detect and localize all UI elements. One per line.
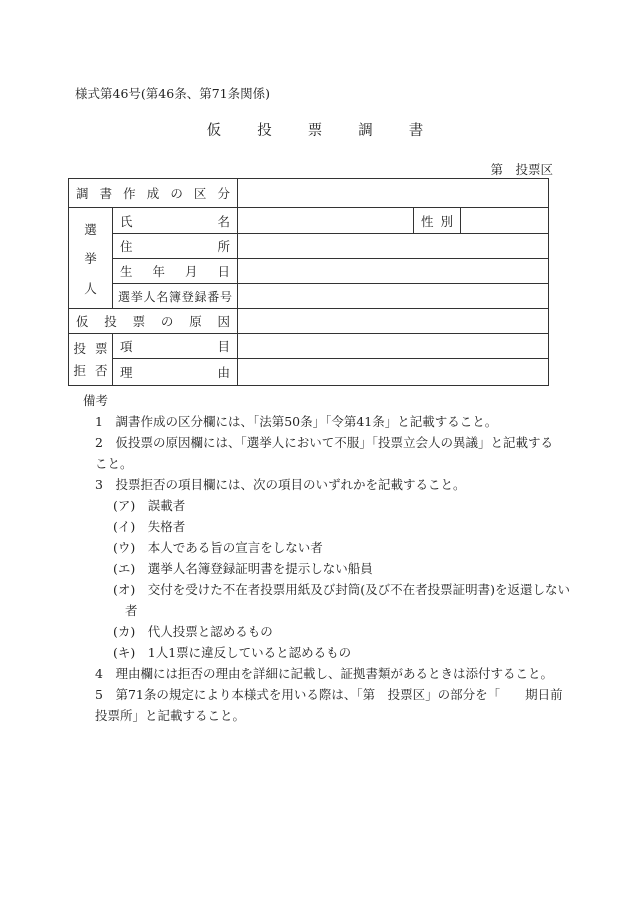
label-char: 理 [120, 363, 133, 381]
label-char: 票 [133, 312, 146, 330]
form-table: 調書作成の区分 選挙人 氏名 性別 住所 [68, 178, 549, 386]
note-line: (エ) 選挙人名簿登録証明書を提示しない船員 [113, 558, 583, 579]
registry-number-label-cell: 選挙人名簿登録番号 [113, 284, 238, 309]
row-record-category: 調書作成の区分 [69, 179, 549, 208]
note-line: 4 理由欄には拒否の理由を詳細に記載し、証拠書類があるときは添付すること。 [95, 663, 583, 684]
label-char: 成 [147, 184, 160, 202]
notes-section: 備考 1 調書作成の区分欄には、「法第50条」「令第41条」と記載すること。2 … [83, 390, 583, 726]
row-birthdate: 生年月日 [69, 259, 549, 284]
name-value-cell [238, 208, 414, 234]
label-char: 番 [207, 288, 219, 305]
birthdate-label: 生年月日 [113, 262, 237, 280]
label-char: 名 [218, 212, 231, 230]
note-line: 2 仮投票の原因欄には、「選挙人において不服」「投票立会人の異議」と記載する [95, 432, 583, 453]
label-char: 目 [218, 337, 231, 355]
rejection-reason-value-cell [238, 359, 549, 386]
note-line: 1 調書作成の区分欄には、「法第50条」「令第41条」と記載すること。 [95, 411, 583, 432]
label-char: 日 [218, 262, 231, 280]
row-rejection-reason: 理由 [69, 359, 549, 386]
label-char: 録 [195, 288, 207, 305]
birthdate-value-cell [238, 259, 549, 284]
note-line: (ア) 誤載者 [113, 495, 583, 516]
name-label-cell: 氏名 [113, 208, 238, 234]
label-char: 因 [217, 312, 230, 330]
label-char: 名 [156, 288, 168, 305]
note-line: (イ) 失格者 [113, 516, 583, 537]
note-line: 5 第71条の規定により本様式を用いる際は、「第 投票区」の部分を「 期日前 [95, 684, 583, 705]
label-char: 簿 [169, 288, 181, 305]
label-char: 性 [421, 212, 434, 230]
label-char: 月 [185, 262, 198, 280]
label-char: の [161, 312, 174, 330]
note-line: 者 [125, 600, 583, 621]
rejection-item-label: 項目 [113, 337, 237, 355]
label-char: 拒 [69, 360, 91, 382]
label-char: 氏 [120, 212, 133, 230]
registry-number-value-cell [238, 284, 549, 309]
label-char: 所 [218, 237, 231, 255]
label-char: 投 [104, 312, 117, 330]
label-char: 調 [76, 184, 89, 202]
label-char: 仮 [76, 312, 89, 330]
rejection-item-label-cell: 項目 [113, 334, 238, 359]
ballot-cause-value-cell [238, 309, 549, 334]
registry-number-label: 選挙人名簿登録番号 [113, 288, 237, 305]
label-char: 年 [153, 262, 166, 280]
rejection-group-cell: 投票拒否 [69, 334, 113, 386]
label-char: 選 [84, 220, 97, 238]
label-char: 否 [91, 360, 113, 382]
label-char: 書 [100, 184, 113, 202]
note-line: こと。 [95, 453, 583, 474]
form-number: 様式第46号(第46条、第71条関係) [75, 84, 270, 102]
row-address: 住所 [69, 234, 549, 259]
sex-value-cell [461, 208, 549, 234]
sex-label-cell: 性別 [414, 208, 461, 234]
notes-heading: 備考 [83, 390, 583, 411]
rejection-reason-label: 理由 [113, 363, 237, 381]
notes-lines: 1 調書作成の区分欄には、「法第50条」「令第41条」と記載すること。2 仮投票… [83, 411, 583, 726]
row-ballot-cause: 仮投票の原因 [69, 309, 549, 334]
label-char: 区 [194, 184, 207, 202]
row-rejection-item: 投票拒否 項目 [69, 334, 549, 359]
address-label: 住所 [113, 237, 237, 255]
precinct-label: 第 投票区 [490, 160, 553, 178]
address-value-cell [238, 234, 549, 259]
record-category-label-cell: 調書作成の区分 [69, 179, 238, 208]
note-line: (ウ) 本人である旨の宣言をしない者 [113, 537, 583, 558]
ballot-cause-label: 仮投票の原因 [69, 312, 237, 330]
note-line: (オ) 交付を受けた不在者投票用紙及び封筒(及び不在者投票証明書)を返還しない [113, 579, 583, 600]
label-char: の [170, 184, 183, 202]
label-char: 住 [120, 237, 133, 255]
label-char: 項 [120, 337, 133, 355]
rejection-group-label: 投票拒否 [69, 335, 112, 385]
label-char: 調 [358, 119, 373, 140]
birthdate-label-cell: 生年月日 [113, 259, 238, 284]
ballot-cause-label-cell: 仮投票の原因 [69, 309, 238, 334]
record-category-value-cell [238, 179, 549, 208]
record-category-label: 調書作成の区分 [69, 184, 237, 202]
elector-group-label: 選挙人 [69, 208, 112, 308]
label-char: 別 [441, 212, 454, 230]
label-char: 書 [409, 119, 424, 140]
document-page: 様式第46号(第46条、第71条関係) 仮投票調書 第 投票区 調書作成の区分 … [0, 0, 630, 915]
label-char: 挙 [131, 288, 143, 305]
rejection-item-value-cell [238, 334, 549, 359]
label-char: 人 [84, 279, 97, 297]
note-line: 投票所」と記載すること。 [95, 705, 583, 726]
label-char: 作 [123, 184, 136, 202]
elector-group-cell: 選挙人 [69, 208, 113, 309]
name-label: 氏名 [113, 212, 237, 230]
label-char: 投 [257, 119, 272, 140]
note-line: (キ) 1人1票に違反していると認めるもの [113, 642, 583, 663]
label-char: 挙 [84, 249, 97, 267]
row-name: 選挙人 氏名 性別 [69, 208, 549, 234]
label-char: 由 [218, 363, 231, 381]
label-char: 生 [120, 262, 133, 280]
label-char: 選 [118, 288, 130, 305]
label-char: 仮 [207, 119, 222, 140]
note-line: 3 投票拒否の項目欄には、次の項目のいずれかを記載すること。 [95, 474, 583, 495]
address-label-cell: 住所 [113, 234, 238, 259]
label-char: 号 [220, 288, 232, 305]
label-char: 人 [144, 288, 156, 305]
row-registry-number: 選挙人名簿登録番号 [69, 284, 549, 309]
label-char: 分 [217, 184, 230, 202]
label-char: 原 [189, 312, 202, 330]
rejection-reason-label-cell: 理由 [113, 359, 238, 386]
label-char: 票 [91, 338, 113, 360]
note-line: (カ) 代人投票と認めるもの [113, 621, 583, 642]
label-char: 登 [182, 288, 194, 305]
sex-label: 性別 [414, 212, 460, 230]
label-char: 投 [69, 338, 91, 360]
label-char: 票 [308, 119, 323, 140]
document-title: 仮投票調書 [0, 119, 630, 140]
